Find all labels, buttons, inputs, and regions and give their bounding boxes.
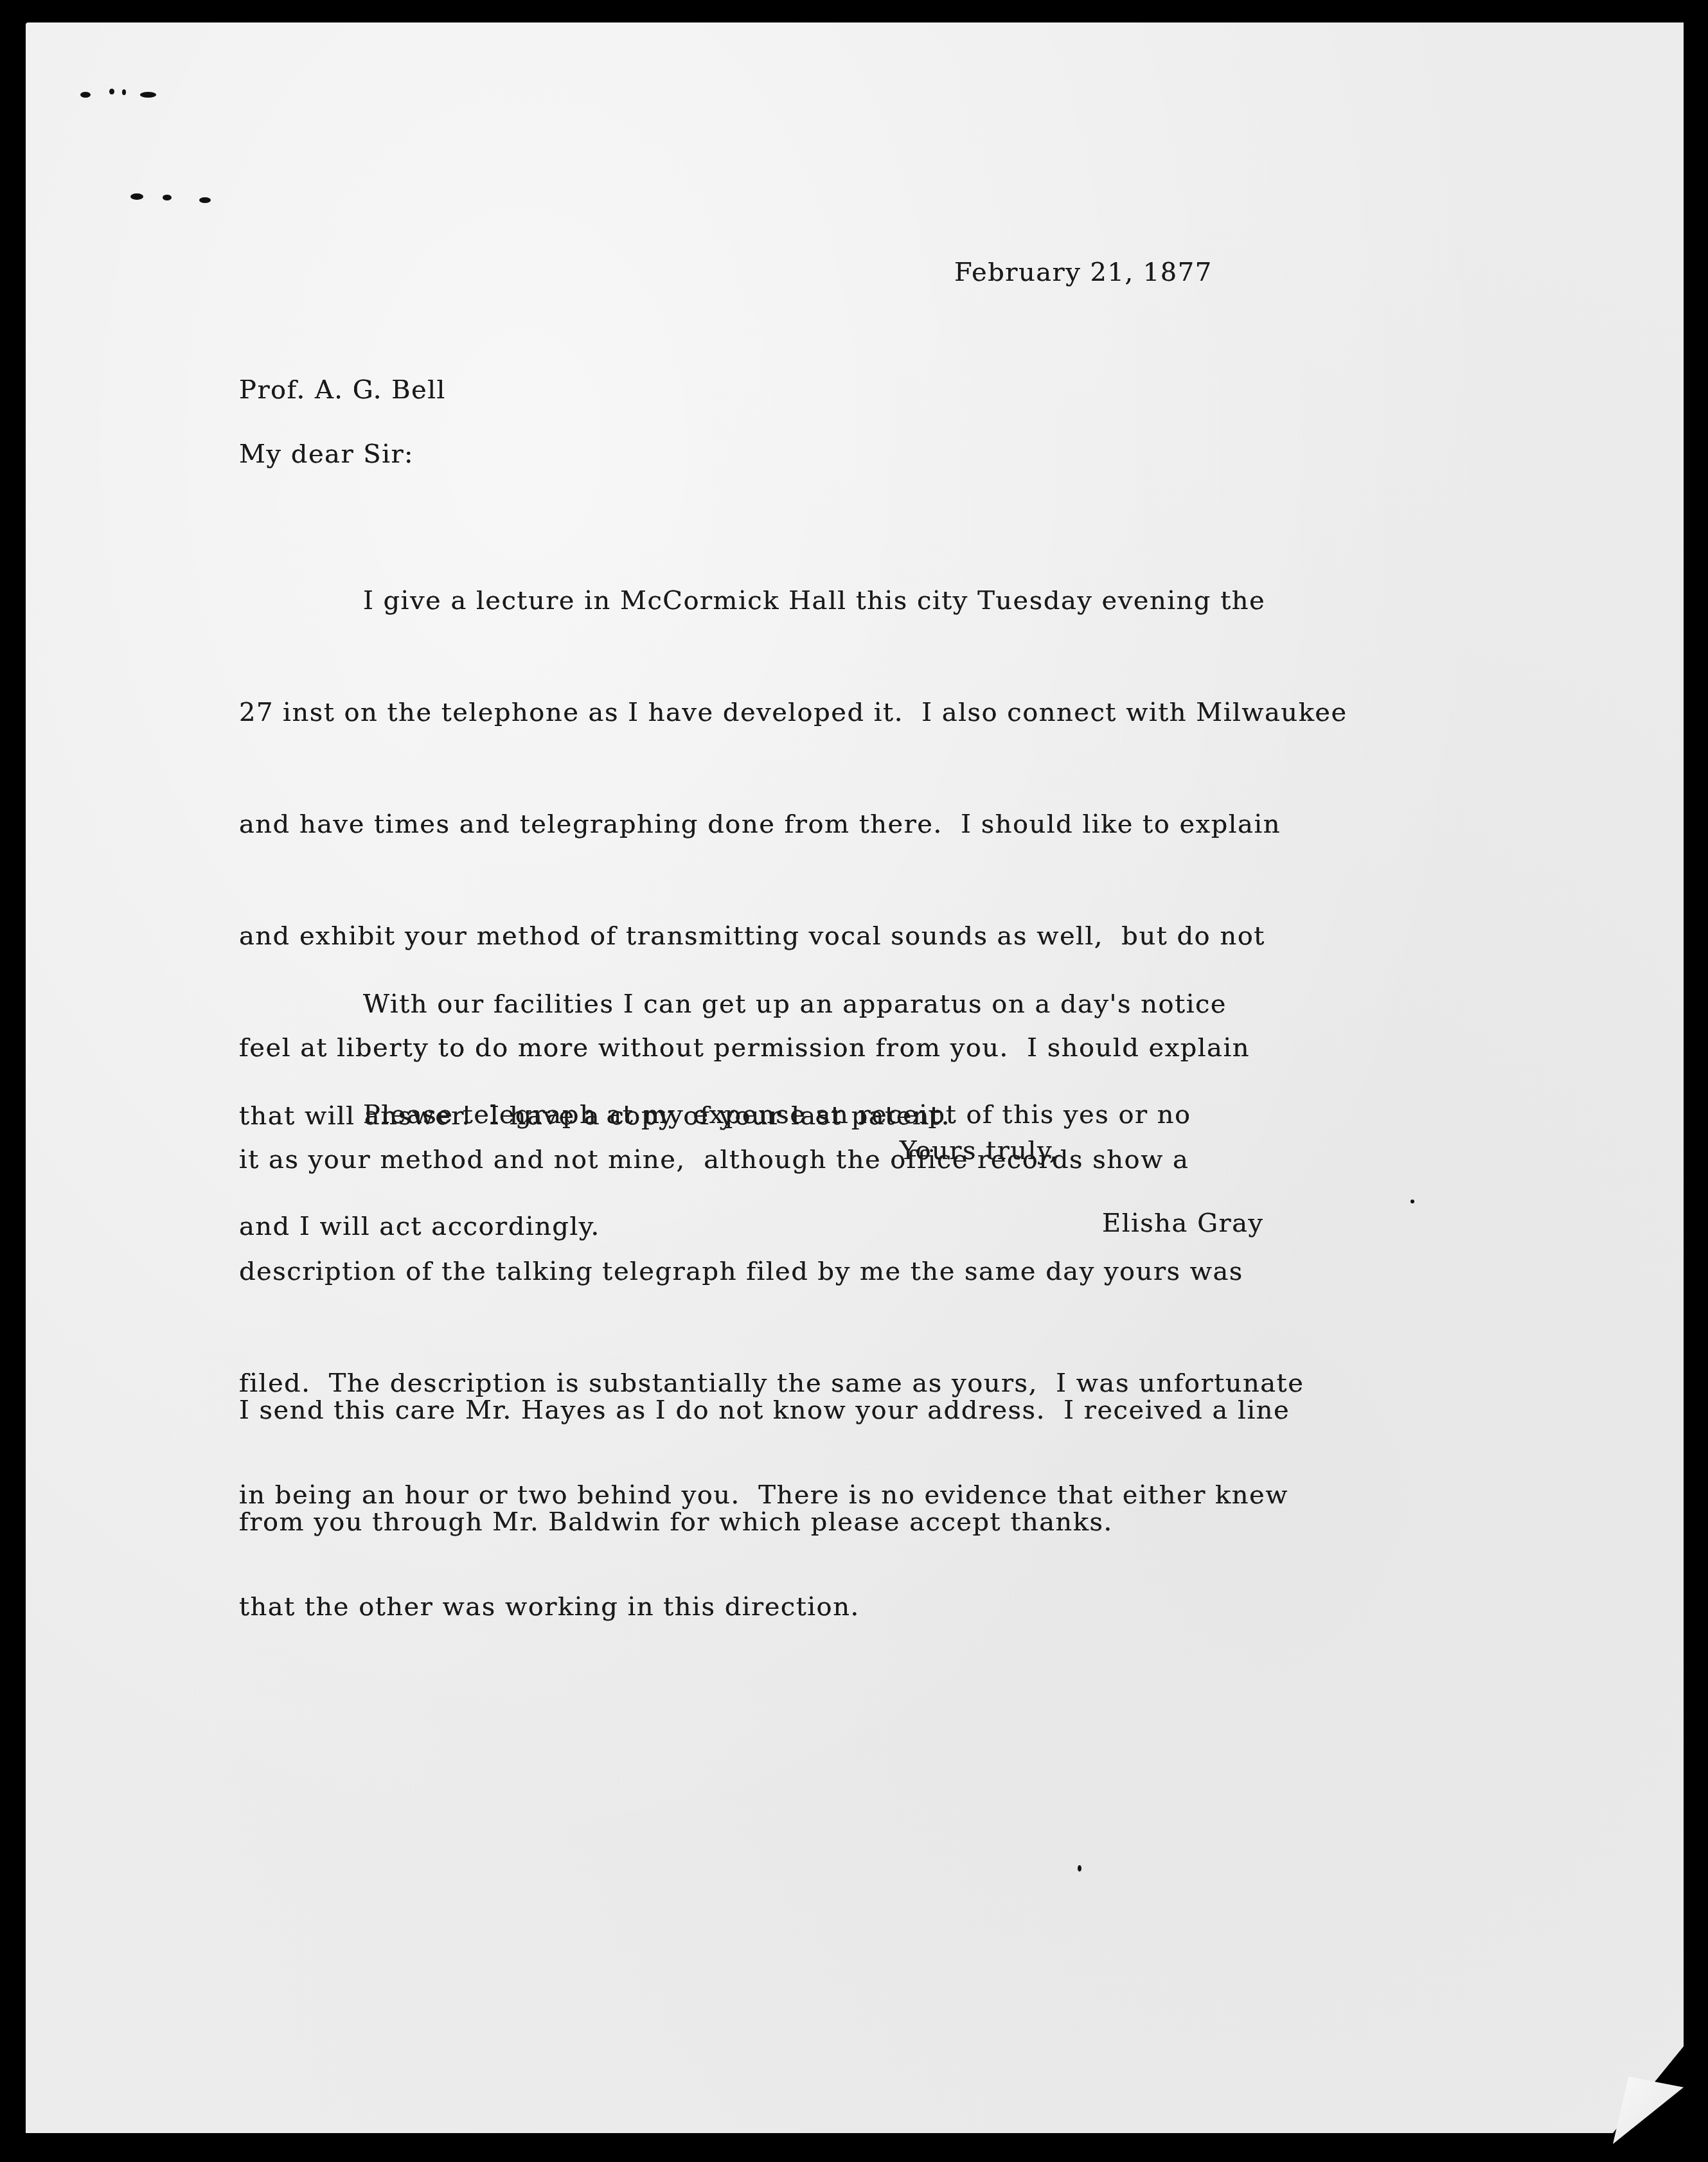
- recipient: Prof. A. G. Bell: [239, 371, 446, 409]
- postscript: I send this care Mr. Hayes as I do not k…: [239, 1317, 1290, 1578]
- paragraph-line: Please telegraph at my expense an receip…: [239, 1096, 1191, 1133]
- staple-mark: [163, 195, 172, 200]
- paragraph-line: and have times and telegraphing done fro…: [239, 806, 1348, 843]
- paragraph-line: I give a lecture in McCormick Hall this …: [239, 582, 1348, 619]
- paragraph-line: 27 inst on the telephone as I have devel…: [239, 694, 1348, 731]
- paragraph-line: that the other was working in this direc…: [239, 1588, 1348, 1626]
- staple-mark: [130, 193, 143, 200]
- staple-mark: [122, 89, 126, 95]
- ink-speck: [1410, 1200, 1414, 1203]
- staple-mark: [140, 92, 156, 98]
- salutation: My dear Sir:: [239, 436, 414, 473]
- ink-speck: [1078, 1865, 1081, 1872]
- postscript-line: I send this care Mr. Hayes as I do not k…: [239, 1392, 1290, 1429]
- paragraph-line: and I will act accordingly.: [239, 1208, 1191, 1245]
- paragraph-line: With our facilities I can get up an appa…: [239, 986, 1227, 1023]
- staple-mark: [80, 92, 91, 98]
- signature: Elisha Gray: [1102, 1205, 1264, 1242]
- staple-mark: [109, 89, 114, 94]
- letter-date: February 21, 1877: [954, 254, 1213, 291]
- postscript-line: from you through Mr. Baldwin for which p…: [239, 1503, 1290, 1541]
- staple-mark: [199, 197, 211, 203]
- closing: Yours truly,: [900, 1132, 1058, 1169]
